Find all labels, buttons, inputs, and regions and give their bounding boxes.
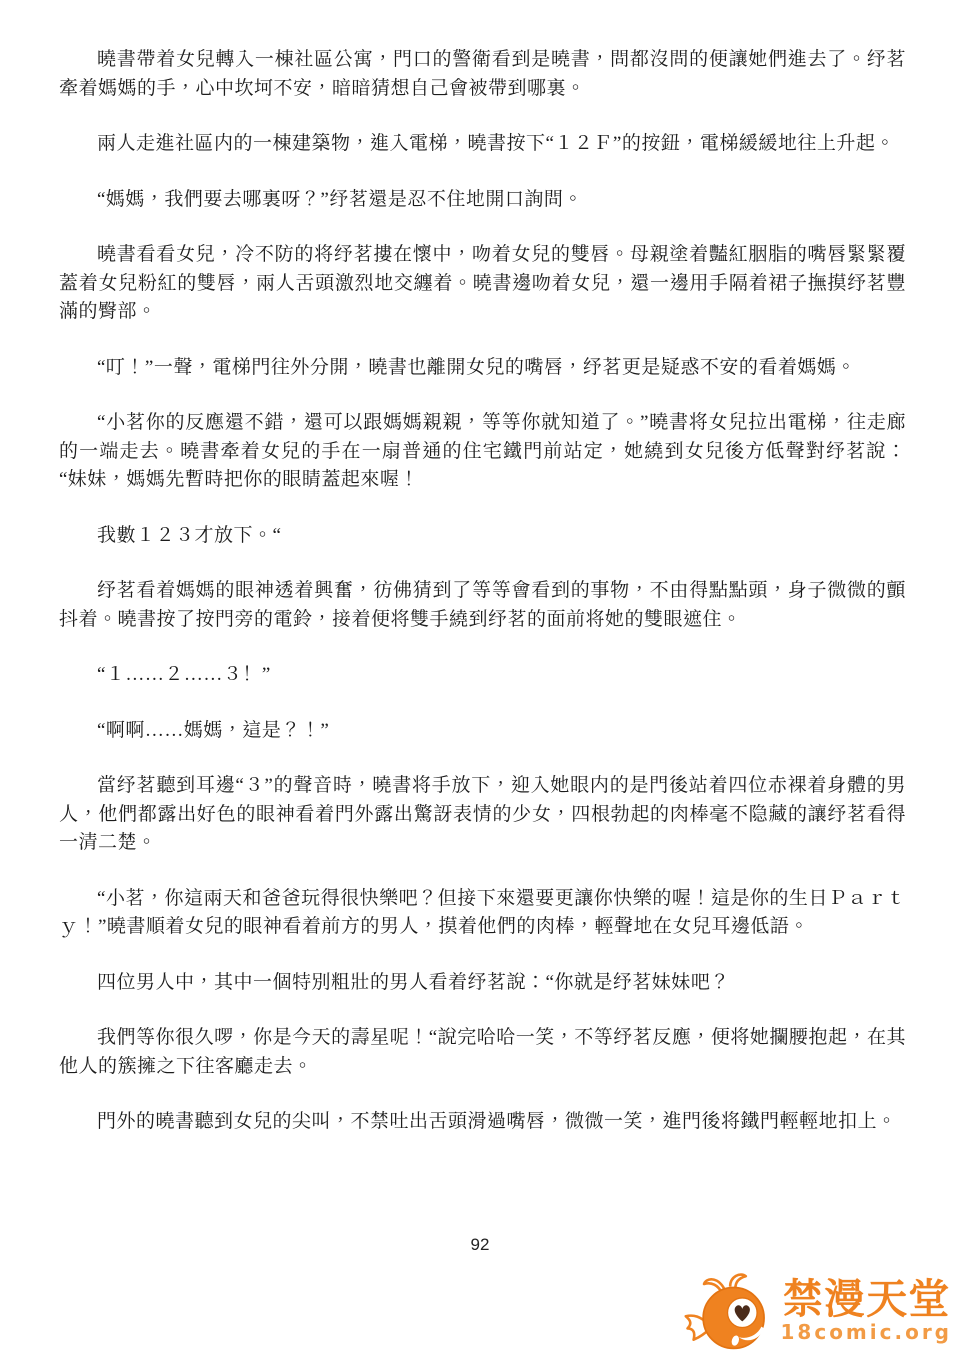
paragraph: “媽媽，我們要去哪裏呀？”纾茗還是忍不住地開口詢問。 bbox=[59, 186, 906, 215]
page-number: 92 bbox=[0, 1235, 960, 1255]
watermark-site-name: 禁漫天堂 bbox=[782, 1279, 950, 1320]
document-page: 曉書帶着女兒轉入一棟社區公寓，門口的警衛看到是曉書，問都沒問的便讓她們進去了。纾… bbox=[0, 0, 960, 1357]
paragraph: 我們等你很久啰，你是今天的壽星呢！“說完哈哈一笑，不等纾茗反應，便将她攔腰抱起，… bbox=[59, 1024, 906, 1081]
watermark-site-domain: 18comic.org bbox=[781, 1321, 953, 1343]
paragraph: 四位男人中，其中一個特別粗壯的男人看着纾茗說：“你就是纾茗妹妹吧？ bbox=[59, 969, 906, 998]
paragraph: 我數１２３才放下。“ bbox=[59, 522, 906, 551]
paragraph: 曉書帶着女兒轉入一棟社區公寓，門口的警衛看到是曉書，問都沒問的便讓她們進去了。纾… bbox=[59, 46, 906, 103]
watermark-logo: 禁漫天堂 18comic.org bbox=[683, 1269, 953, 1353]
paragraph: “小茗，你這兩天和爸爸玩得很快樂吧？但接下來還要更讓你快樂的喔！這是你的生日Ｐａ… bbox=[59, 885, 906, 942]
paragraph: 門外的曉書聽到女兒的尖叫，不禁吐出舌頭滑過嘴唇，微微一笑，進門後将鐵門輕輕地扣上… bbox=[59, 1108, 906, 1137]
paragraph: “１……２……３！” bbox=[59, 661, 906, 690]
paragraph: “啊啊……媽媽，這是？！” bbox=[59, 717, 906, 746]
paragraph: 兩人走進社區内的一棟建築物，進入電梯，曉書按下“１２Ｆ”的按鈕，電梯緩緩地往上升… bbox=[59, 130, 906, 159]
document-body: 曉書帶着女兒轉入一棟社區公寓，門口的警衛看到是曉書，問都沒問的便讓她們進去了。纾… bbox=[59, 46, 906, 1164]
paragraph: 纾茗看着媽媽的眼神透着興奮，彷佛猜到了等等會看到的事物，不由得點點頭，身子微微的… bbox=[59, 577, 906, 634]
watermark-text: 禁漫天堂 18comic.org bbox=[781, 1279, 953, 1343]
whale-heart-mascot-icon bbox=[683, 1271, 779, 1351]
paragraph: “叮！”一聲，電梯門往外分開，曉書也離開女兒的嘴唇，纾茗更是疑惑不安的看着媽媽。 bbox=[59, 354, 906, 383]
paragraph: “小茗你的反應還不錯，還可以跟媽媽親親，等等你就知道了。”曉書将女兒拉出電梯，往… bbox=[59, 409, 906, 495]
paragraph: 曉書看看女兒，冷不防的将纾茗摟在懷中，吻着女兒的雙唇。母親塗着豔紅胭脂的嘴唇緊緊… bbox=[59, 241, 906, 327]
paragraph: 當纾茗聽到耳邊“３”的聲音時，曉書将手放下，迎入她眼内的是門後站着四位赤裸着身體… bbox=[59, 772, 906, 858]
